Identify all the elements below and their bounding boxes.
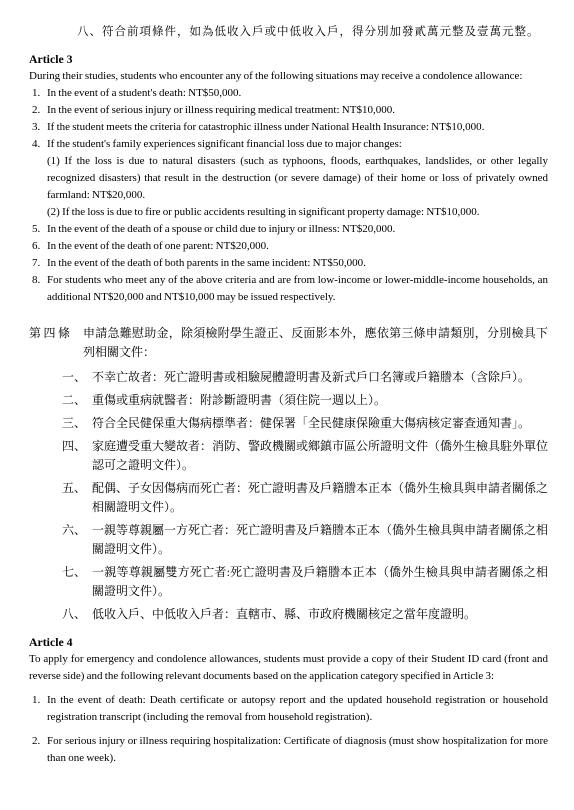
item-number: 5. <box>32 221 47 238</box>
list-item: 8. For students who meet any of the abov… <box>29 272 548 306</box>
article4-zh-intro: 第四條 申請急難慰助金，除須檢附學生證正、反面影本外，應依第三條申請類別，分別檢… <box>29 324 548 362</box>
item-number: 6. <box>32 238 47 255</box>
list-item: 2. For serious injury or illness requiri… <box>29 733 548 767</box>
list-item: 七、 一親等尊親屬雙方死亡者:死亡證明書及戶籍謄本正本（僑外生檢具與申請者關係之… <box>62 563 548 601</box>
item-text: 家庭遭受重大變故者：消防、警政機關或鄉鎮市區公所證明文件（僑外生檢具駐外單位認可… <box>92 437 548 475</box>
item-text: For students who meet any of the above c… <box>47 272 548 306</box>
item-main-text: If the student's family experiences sign… <box>47 136 548 153</box>
item-number: 8. <box>32 272 47 306</box>
article4-en-section: Article 4 To apply for emergency and con… <box>29 634 548 767</box>
item-text: In the event of serious injury or illnes… <box>47 102 548 119</box>
list-item: 四、 家庭遭受重大變故者：消防、警政機關或鄉鎮市區公所證明文件（僑外生檢具駐外單… <box>62 437 548 475</box>
item-subclause: (2) If the loss is due to fire or public… <box>47 204 548 221</box>
item-text: 不幸亡故者：死亡證明書或相驗屍體證明書及新式戶口名簿或戶籍謄本（含除戶）。 <box>92 368 548 387</box>
item-number: 八、 <box>62 605 92 624</box>
item-text: In the event of the death of one parent:… <box>47 238 548 255</box>
item-number: 五、 <box>62 479 92 517</box>
list-item: 六、 一親等尊親屬一方死亡者：死亡證明書及戶籍謄本正本（僑外生檢具與申請者關係之… <box>62 521 548 559</box>
list-item: 7. In the event of the death of both par… <box>29 255 548 272</box>
item-number: 4. <box>32 136 47 221</box>
article4-intro: To apply for emergency and condolence al… <box>29 651 548 685</box>
item-number: 1. <box>32 692 47 726</box>
list-item: 5. In the event of the death of a spouse… <box>29 221 548 238</box>
item-text: 符合全民健保重大傷病標準者：健保署「全民健康保險重大傷病核定審查通知書」。 <box>92 414 548 433</box>
document-page: 八、符合前項條件，如為低收入戶或中低收入戶，得分別加發貳萬元整及壹萬元整。 Ar… <box>0 0 574 810</box>
zh-carryover-clause: 八、符合前項條件，如為低收入戶或中低收入戶，得分別加發貳萬元整及壹萬元整。 <box>29 24 548 40</box>
article3-heading: Article 3 <box>29 51 548 68</box>
item-text: 一親等尊親屬雙方死亡者:死亡證明書及戶籍謄本正本（僑外生檢具與申請者關係之相關證… <box>92 563 548 601</box>
list-item: 2. In the event of serious injury or ill… <box>29 102 548 119</box>
article4-heading: Article 4 <box>29 634 548 651</box>
item-text: 低收入戶、中低收入戶者：直轄市、縣、市政府機關核定之當年度證明。 <box>92 605 548 624</box>
item-number: 3. <box>32 119 47 136</box>
item-text: For serious injury or illness requiring … <box>47 733 548 767</box>
article4-zh-intro-text: 申請急難慰助金，除須檢附學生證正、反面影本外，應依第三條申請類別，分別檢具下列相… <box>83 324 548 362</box>
item-text: In the event of a student's death: NT$50… <box>47 85 548 102</box>
item-subclause: (1) If the loss is due to natural disast… <box>47 153 548 204</box>
item-number: 四、 <box>62 437 92 475</box>
item-text: 配偶、子女因傷病而死亡者：死亡證明書及戶籍謄本正本（僑外生檢具與申請者關係之相關… <box>92 479 548 517</box>
item-number: 一、 <box>62 368 92 387</box>
list-item: 三、 符合全民健保重大傷病標準者：健保署「全民健康保險重大傷病核定審查通知書」。 <box>62 414 548 433</box>
list-item: 二、 重傷或重病就醫者：附診斷證明書（須住院一週以上）。 <box>62 391 548 410</box>
item-number: 1. <box>32 85 47 102</box>
item-number: 2. <box>32 733 47 767</box>
list-item: 6. In the event of the death of one pare… <box>29 238 548 255</box>
list-item: 1. In the event of a student's death: NT… <box>29 85 548 102</box>
item-text: 一親等尊親屬一方死亡者：死亡證明書及戶籍謄本正本（僑外生檢具與申請者關係之相關證… <box>92 521 548 559</box>
item-text: In the event of the death of a spouse or… <box>47 221 548 238</box>
list-item: 八、 低收入戶、中低收入戶者：直轄市、縣、市政府機關核定之當年度證明。 <box>62 605 548 624</box>
item-text: If the student's family experiences sign… <box>47 136 548 221</box>
item-number: 二、 <box>62 391 92 410</box>
list-item: 一、 不幸亡故者：死亡證明書或相驗屍體證明書及新式戶口名簿或戶籍謄本（含除戶）。 <box>62 368 548 387</box>
article4-zh-list: 一、 不幸亡故者：死亡證明書或相驗屍體證明書及新式戶口名簿或戶籍謄本（含除戶）。… <box>29 368 548 624</box>
item-text: If the student meets the criteria for ca… <box>47 119 548 136</box>
list-item: 五、 配偶、子女因傷病而死亡者：死亡證明書及戶籍謄本正本（僑外生檢具與申請者關係… <box>62 479 548 517</box>
article4-en-list: 1. In the event of death: Death certific… <box>29 692 548 767</box>
item-text: In the event of the death of both parent… <box>47 255 548 272</box>
list-item: 1. In the event of death: Death certific… <box>29 692 548 726</box>
article4-zh-label: 第四條 <box>29 324 83 362</box>
item-number: 7. <box>32 255 47 272</box>
list-item: 3. If the student meets the criteria for… <box>29 119 548 136</box>
item-text: In the event of death: Death certificate… <box>47 692 548 726</box>
article3-intro: During their studies, students who encou… <box>29 68 548 85</box>
article3-list: 1. In the event of a student's death: NT… <box>29 85 548 306</box>
list-item: 4. If the student's family experiences s… <box>29 136 548 221</box>
item-number: 三、 <box>62 414 92 433</box>
item-number: 六、 <box>62 521 92 559</box>
article4-zh-section: 第四條 申請急難慰助金，除須檢附學生證正、反面影本外，應依第三條申請類別，分別檢… <box>29 324 548 624</box>
item-number: 七、 <box>62 563 92 601</box>
item-text: 重傷或重病就醫者：附診斷證明書（須住院一週以上）。 <box>92 391 548 410</box>
item-number: 2. <box>32 102 47 119</box>
